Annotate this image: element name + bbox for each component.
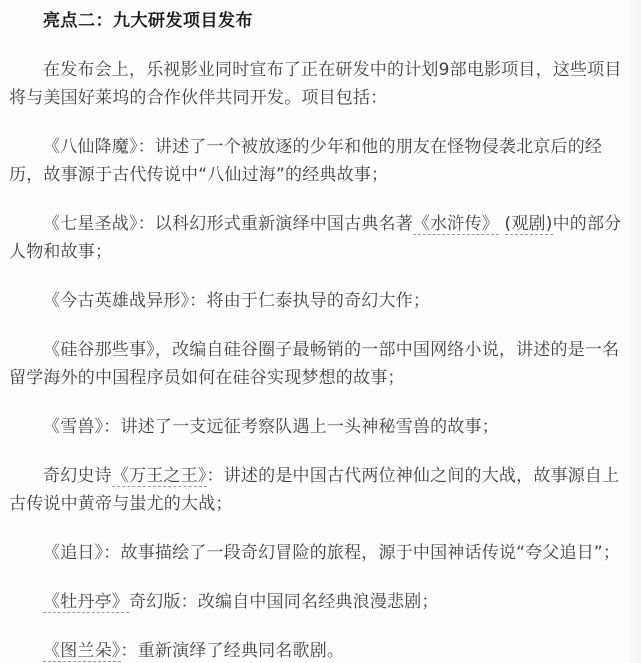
entity-link[interactable]: (观剧) — [505, 214, 553, 235]
article-body: 在发布会上，乐视影业同时宣布了正在研发中的计划9部电影项目，这些项目将与美国好莱… — [9, 56, 627, 663]
text-segment: 《今古英雄战异形》：将由于仁泰执导的奇幻大作； — [43, 291, 430, 311]
entity-link[interactable]: 《万王之王》 — [112, 466, 207, 487]
page-edge-shade — [627, 0, 641, 663]
entity-link[interactable]: 《图兰朵》 — [43, 641, 121, 662]
article-title: 亮点二：九大研发项目发布 — [9, 7, 627, 35]
entity-link[interactable]: 《牡丹亭》 — [43, 592, 129, 613]
article-page: 亮点二：九大研发项目发布 在发布会上，乐视影业同时宣布了正在研发中的计划9部电影… — [0, 0, 641, 663]
entity-link[interactable]: 《水浒传》 — [413, 214, 499, 235]
text-segment — [499, 214, 505, 234]
text-segment: ：重新演绎了经典同名歌剧。 — [121, 641, 345, 661]
paragraph: 《牡丹亭》奇幻版：改编自中国同名经典浪漫悲剧； — [9, 588, 627, 616]
text-segment: 《八仙降魔》：讲述了一个被放逐的少年和他的朋友在怪物侵袭北京后的经历，故事源于古… — [9, 137, 602, 185]
text-segment: 《硅谷那些事》，改编自硅谷圈子最畅销的一部中国网络小说，讲述的是一名留学海外的中… — [9, 340, 619, 388]
paragraph: 《八仙降魔》：讲述了一个被放逐的少年和他的朋友在怪物侵袭北京后的经历，故事源于古… — [9, 133, 627, 189]
paragraph: 《图兰朵》：重新演绎了经典同名歌剧。 — [9, 637, 627, 663]
text-segment: 《雪兽》：讲述了一支远征考察队遇上一头神秘雪兽的故事； — [43, 417, 499, 437]
text-segment: 奇幻版：改编自中国同名经典浪漫悲剧； — [129, 592, 439, 612]
paragraph: 《七星圣战》：以科幻形式重新演绎中国古典名著《水浒传》 (观剧)中的部分人物和故… — [9, 210, 627, 266]
text-segment: 《七星圣战》：以科幻形式重新演绎中国古典名著 — [43, 214, 413, 234]
text-segment: 奇幻史诗 — [43, 466, 112, 486]
paragraph: 《硅谷那些事》，改编自硅谷圈子最畅销的一部中国网络小说，讲述的是一名留学海外的中… — [9, 336, 627, 392]
text-segment: 《追日》：故事描绘了一段奇幻冒险的旅程，源于中国神话传说“夸父追日”； — [43, 543, 620, 563]
paragraph: 奇幻史诗《万王之王》：讲述的是中国古代两位神仙之间的大战，故事源自上古传说中黄帝… — [9, 462, 627, 518]
paragraph: 《追日》：故事描绘了一段奇幻冒险的旅程，源于中国神话传说“夸父追日”； — [9, 539, 627, 567]
paragraph: 《雪兽》：讲述了一支远征考察队遇上一头神秘雪兽的故事； — [9, 413, 627, 441]
paragraph: 在发布会上，乐视影业同时宣布了正在研发中的计划9部电影项目，这些项目将与美国好莱… — [9, 56, 627, 112]
paragraph: 《今古英雄战异形》：将由于仁泰执导的奇幻大作； — [9, 287, 627, 315]
text-segment: 在发布会上，乐视影业同时宣布了正在研发中的计划9部电影项目，这些项目将与美国好莱… — [9, 60, 622, 108]
